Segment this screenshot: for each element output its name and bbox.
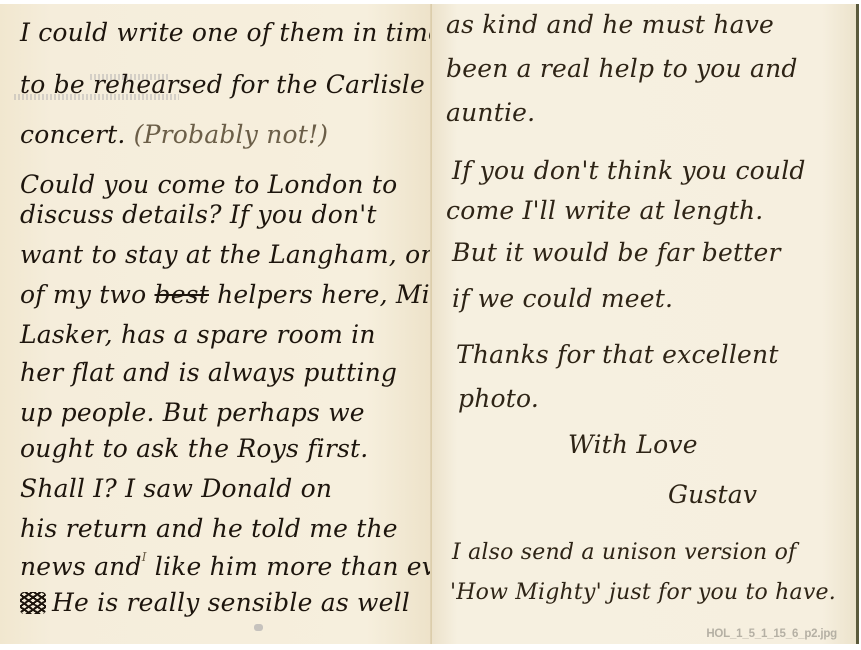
letter-text: He is really sensible as well xyxy=(52,588,410,617)
inserted-word: I xyxy=(142,550,147,564)
letter-line: his return and he told me the xyxy=(20,514,398,543)
closing-salutation: With Love xyxy=(568,430,698,459)
letter-line: Lasker, has a spare room in xyxy=(20,320,376,349)
signature: Gustav xyxy=(668,480,757,509)
left-page: I could write one of them in time to be … xyxy=(0,4,432,644)
letter-line: her flat and is always putting xyxy=(20,358,397,387)
letter-line: auntie. xyxy=(446,98,535,127)
letter-line: discuss details? If you don't xyxy=(20,200,377,229)
ink-smudge xyxy=(254,624,263,631)
letter-line: But it would be far better xyxy=(452,238,781,267)
letter-line: I could write one of them in time xyxy=(20,18,443,47)
letter-text: of my two xyxy=(20,280,146,309)
letter-line: Could you come to London to xyxy=(20,170,397,199)
letter-line: photo. xyxy=(458,384,539,413)
letter-line: if we could meet. xyxy=(452,284,673,313)
letter-sheet: I could write one of them in time to be … xyxy=(0,4,859,644)
letter-line: If you don't think you could xyxy=(452,156,806,185)
letter-line: want to stay at the Langham, one xyxy=(20,240,452,269)
letter-line: concert. (Probably not!) xyxy=(20,120,328,149)
letter-line: Shall I? I saw Donald on xyxy=(20,474,332,503)
letter-line: as kind and he must have xyxy=(446,10,774,39)
letter-text: concert. xyxy=(20,120,126,149)
letter-text: news and xyxy=(20,552,142,581)
letter-line: news andI like him more than ever. xyxy=(20,550,469,581)
letter-text: like him more than ever. xyxy=(155,552,469,581)
letter-line: He is really sensible as well xyxy=(20,588,410,617)
letter-line: ought to ask the Roys first. xyxy=(20,434,368,463)
letter-line: come I'll write at length. xyxy=(446,196,763,225)
scribbled-out-mark xyxy=(20,592,46,614)
struck-out-word: best xyxy=(154,280,208,309)
letter-line: Thanks for that excellent xyxy=(456,340,779,369)
right-page: as kind and he must have been a real hel… xyxy=(432,4,859,644)
aside-text: (Probably not!) xyxy=(134,120,329,149)
postscript-line: I also send a unison version of xyxy=(452,540,796,565)
postscript-line: 'How Mighty' just for you to have. xyxy=(450,580,836,605)
letter-line: of my two best helpers here, Miss xyxy=(20,280,456,309)
letter-line: been a real help to you and xyxy=(446,54,798,83)
letter-text: helpers here, Miss xyxy=(217,280,456,309)
image-filename-watermark: HOL_1_5_1_15_6_p2.jpg xyxy=(706,628,837,640)
letter-line: up people. But perhaps we xyxy=(20,398,365,427)
letter-line: to be rehearsed for the Carlisle xyxy=(20,70,425,99)
